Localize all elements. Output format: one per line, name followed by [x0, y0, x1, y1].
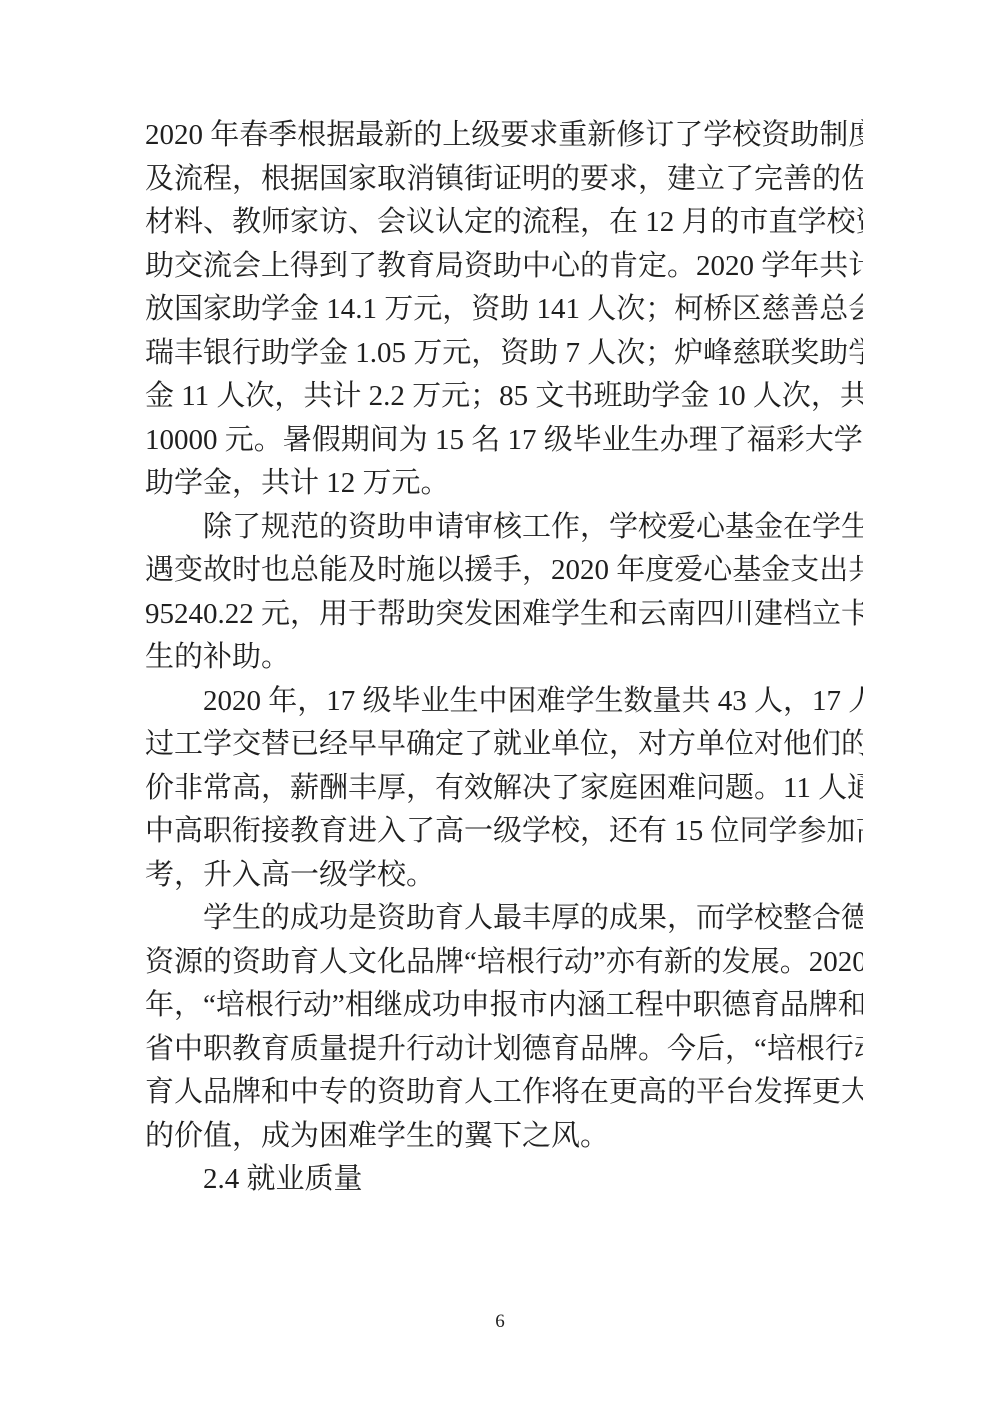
- text-line: 放国家助学金 14.1 万元，资助 141 人次；柯桥区慈善总会: [145, 288, 863, 332]
- text-line: 省中职教育质量提升行动计划德育品牌。今后，“培根行动”: [145, 1028, 863, 1072]
- page-body: 2020 年春季根据最新的上级要求重新修订了学校资助制度 及流程，根据国家取消镇…: [145, 114, 863, 1202]
- text-line: 95240.22 元，用于帮助突发困难学生和云南四川建档立卡学: [145, 593, 863, 637]
- document-page: 2020 年春季根据最新的上级要求重新修订了学校资助制度 及流程，根据国家取消镇…: [0, 0, 1000, 1415]
- text-line: 助交流会上得到了教育局资助中心的肯定。2020 学年共计发: [145, 245, 863, 289]
- text-line: 的价值，成为困难学生的翼下之风。: [145, 1115, 863, 1159]
- text-line: 助学金，共计 12 万元。: [145, 462, 863, 506]
- text-line: 生的补助。: [145, 636, 863, 680]
- section-heading: 2.4 就业质量: [145, 1158, 863, 1202]
- text-line: 2020 年春季根据最新的上级要求重新修订了学校资助制度: [145, 114, 863, 158]
- text-line: 2020 年，17 级毕业生中困难学生数量共 43 人，17 人通: [145, 680, 863, 724]
- paragraph-2: 除了规范的资助申请审核工作，学校爱心基金在学生遭 遇变故时也总能及时施以援手，2…: [145, 506, 863, 680]
- text-line: 考，升入高一级学校。: [145, 854, 863, 898]
- paragraph-3: 2020 年，17 级毕业生中困难学生数量共 43 人，17 人通 过工学交替已…: [145, 680, 863, 898]
- text-line: 材料、教师家访、会议认定的流程，在 12 月的市直学校资: [145, 201, 863, 245]
- text-line: 金 11 人次，共计 2.2 万元；85 文书班助学金 10 人次，共计: [145, 375, 863, 419]
- paragraph-1: 2020 年春季根据最新的上级要求重新修订了学校资助制度 及流程，根据国家取消镇…: [145, 114, 863, 506]
- text-line: 育人品牌和中专的资助育人工作将在更高的平台发挥更大: [145, 1071, 863, 1115]
- text-line: 过工学交替已经早早确定了就业单位，对方单位对他们的评: [145, 723, 863, 767]
- text-line: 遇变故时也总能及时施以援手，2020 年度爱心基金支出共计: [145, 549, 863, 593]
- text-line: 年，“培根行动”相继成功申报市内涵工程中职德育品牌和: [145, 984, 863, 1028]
- text-line: 除了规范的资助申请审核工作，学校爱心基金在学生遭: [145, 506, 863, 550]
- text-line: 资源的资助育人文化品牌“培根行动”亦有新的发展。2020: [145, 941, 863, 985]
- text-line: 价非常高，薪酬丰厚，有效解决了家庭困难问题。11 人通过: [145, 767, 863, 811]
- paragraph-4: 学生的成功是资助育人最丰厚的成果，而学校整合德育 资源的资助育人文化品牌“培根行…: [145, 897, 863, 1158]
- text-line: 瑞丰银行助学金 1.05 万元，资助 7 人次；炉峰慈联奖助学: [145, 332, 863, 376]
- text-line: 中高职衔接教育进入了高一级学校，还有 15 位同学参加高: [145, 810, 863, 854]
- text-line: 及流程，根据国家取消镇街证明的要求，建立了完善的佐证: [145, 158, 863, 202]
- text-line: 学生的成功是资助育人最丰厚的成果，而学校整合德育: [145, 897, 863, 941]
- text-line: 10000 元。暑假期间为 15 名 17 级毕业生办理了福彩大学生: [145, 419, 863, 463]
- page-number: 6: [0, 1310, 1000, 1334]
